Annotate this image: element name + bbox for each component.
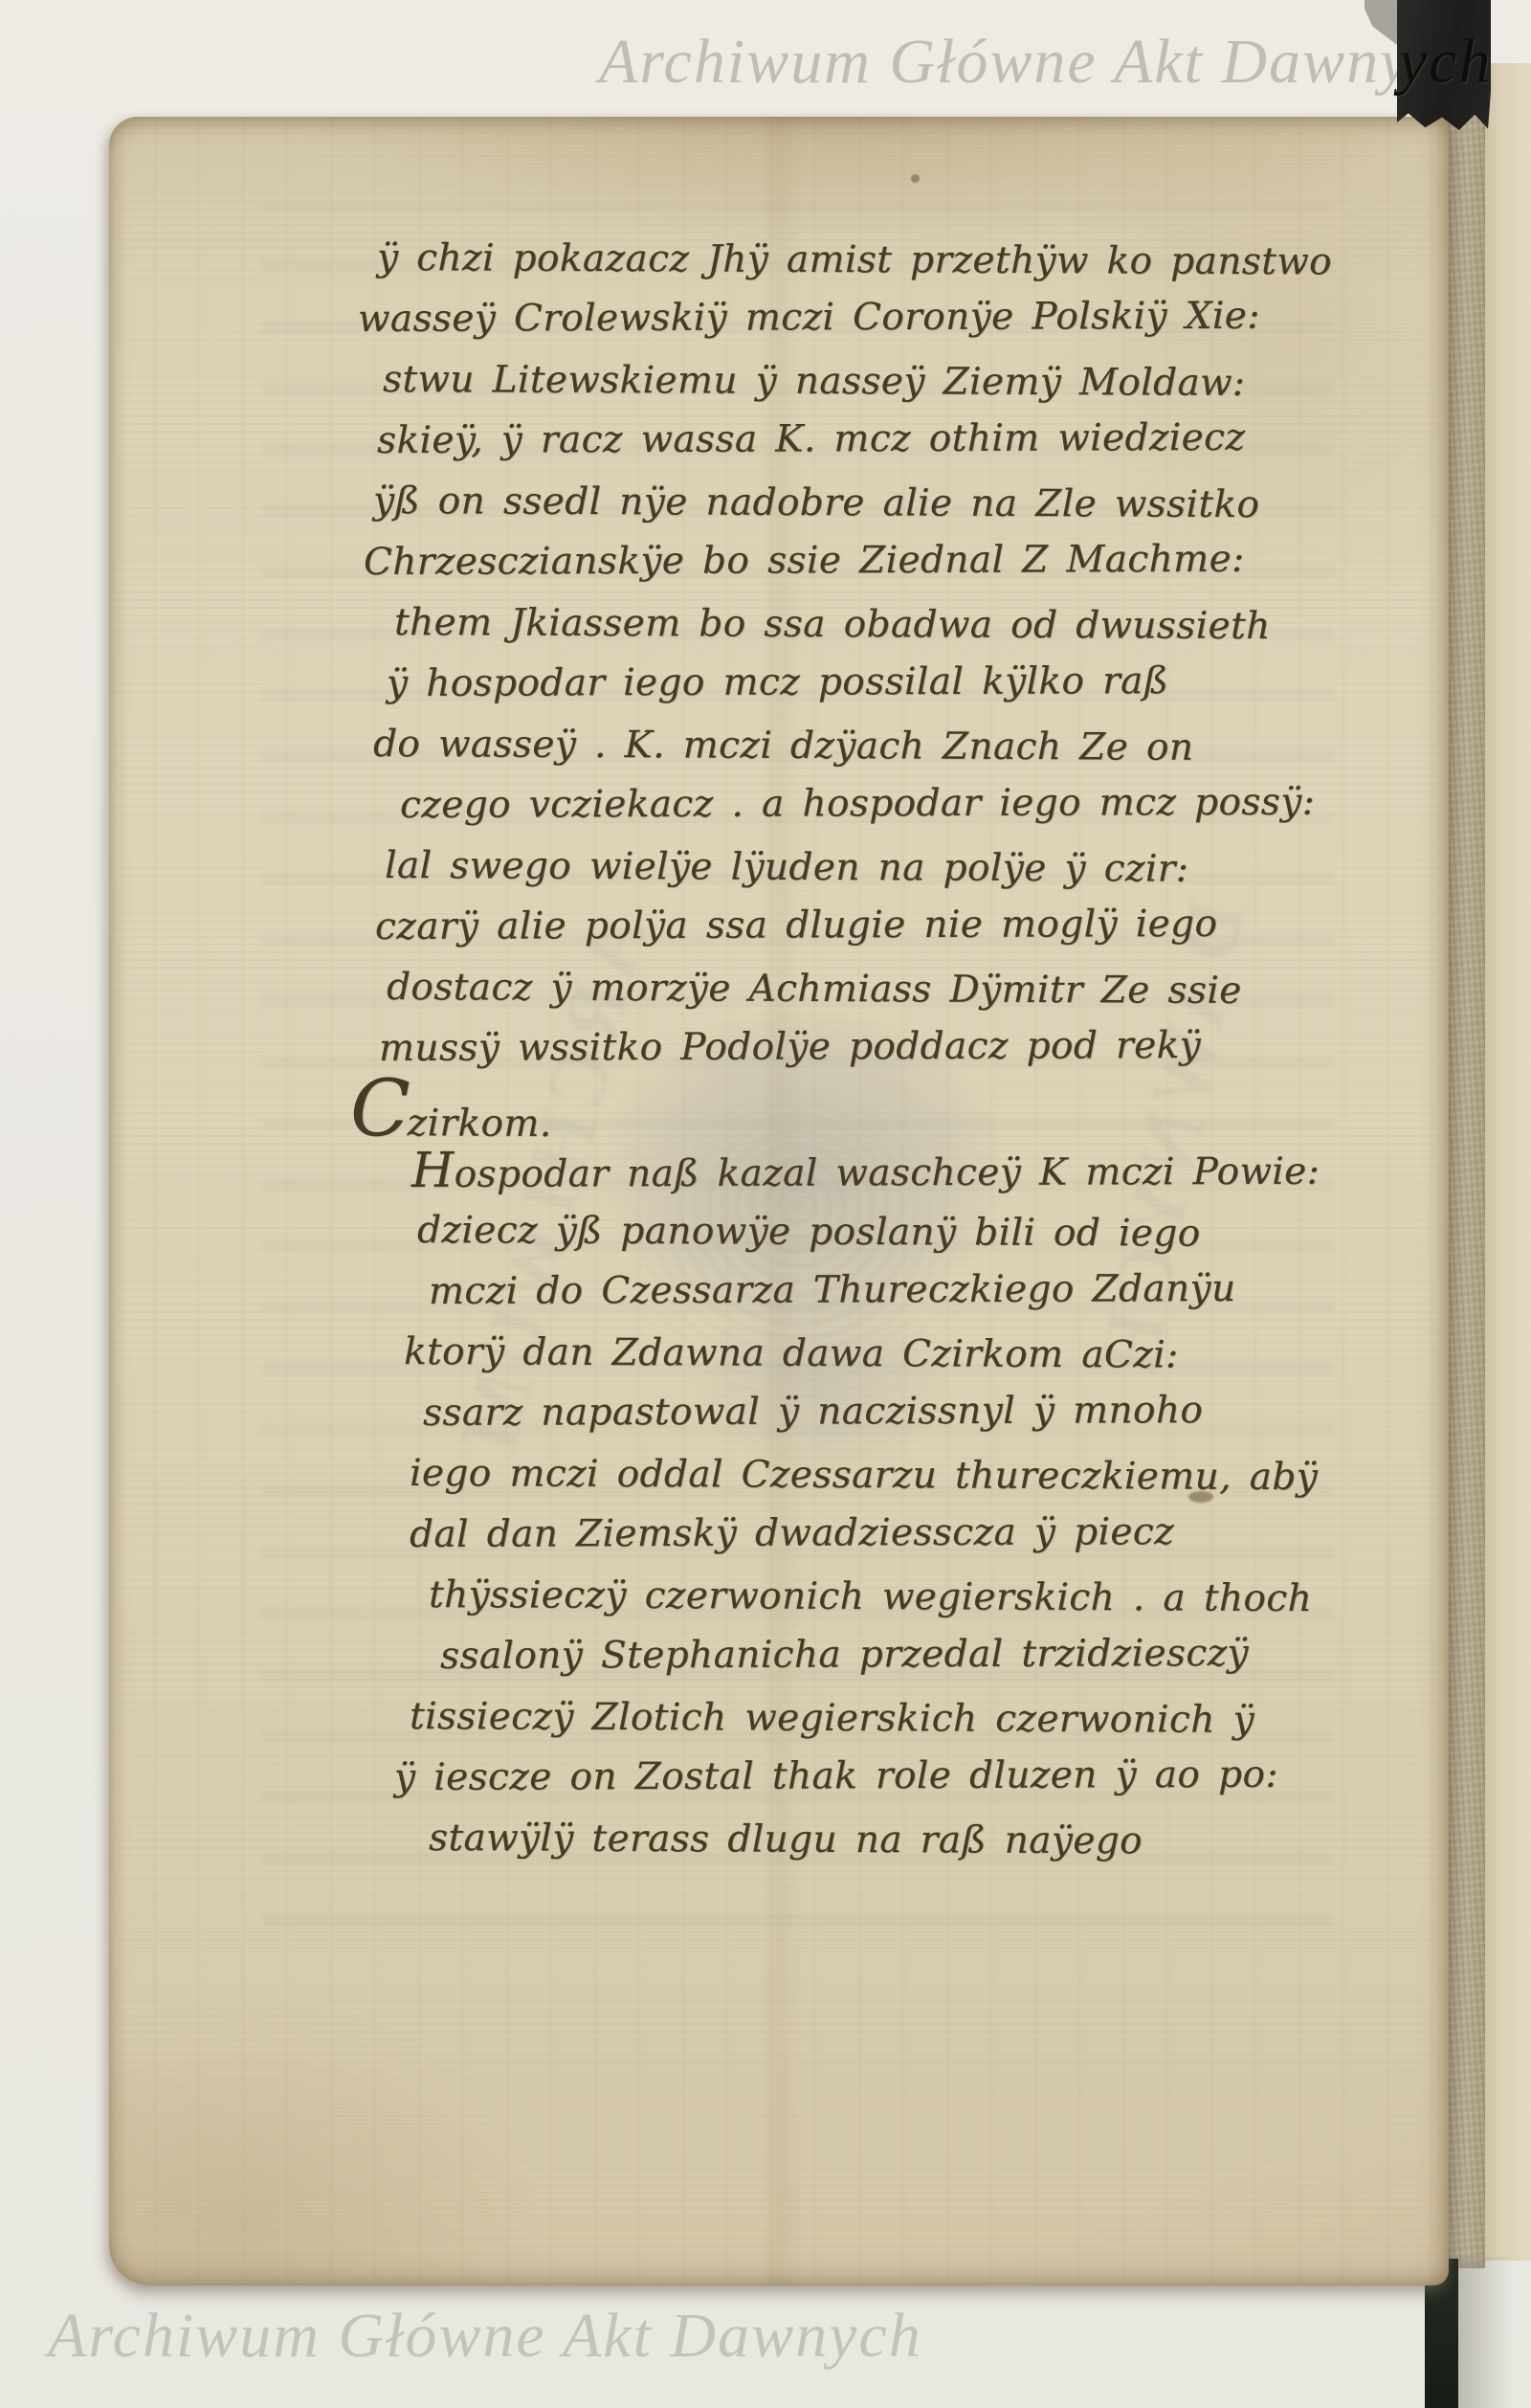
manuscript-line: dziecz ÿß panowÿe poslanÿ bili od iego xyxy=(417,1200,1361,1265)
manuscript-line: ÿ chzi pokazacz Jhÿ amist przethÿw ko pa… xyxy=(377,228,1361,293)
manuscript-line: ÿ iescze on Zostal thak role dluzen ÿ ao… xyxy=(394,1744,1361,1808)
manuscript-line: tissieczÿ Zlotich wegierskich czerwonich… xyxy=(410,1686,1361,1751)
manuscript-line: dal dan Ziemskÿ dwadziesscza ÿ piecz xyxy=(410,1501,1361,1565)
manuscript-line: wasseÿ Crolewskiÿ mczi Coronÿe Polskiÿ X… xyxy=(358,285,1361,349)
archive-watermark-bottom: Archiwum Główne Akt Dawnych xyxy=(48,2305,922,2368)
book-gutter-edge xyxy=(1443,105,1485,2268)
manuscript-line-paragraph-end: Czirkom. xyxy=(350,1079,1361,1144)
manuscript-line: dostacz ÿ morzÿe Achmiass Dÿmitr Ze ssie xyxy=(387,957,1361,1022)
handwritten-text-block: ÿ chzi pokazacz Jhÿ amist przethÿw ko pa… xyxy=(366,228,1361,1869)
manuscript-line: ktorÿ dan Zdawna dawa Czirkom aCzi: xyxy=(404,1322,1361,1387)
archive-watermark-top: Archiwum Główne Akt Dawnych xyxy=(599,31,1474,94)
manuscript-line: ÿß on ssedl nÿe nadobre alie na Zle wssi… xyxy=(373,471,1361,536)
manuscript-line: do wasseÿ . K. mczi dzÿach Znach Ze on xyxy=(373,714,1361,779)
manuscript-line: iego mczi oddal Czessarzu thureczkiemu, … xyxy=(410,1443,1361,1508)
manuscript-line: thÿssieczÿ czerwonich wegierskich . a th… xyxy=(429,1565,1361,1630)
archive-scan: ARCHIWUM DAWNYCH ÿ chzi pokazacz Jhÿ ami… xyxy=(0,0,1531,2408)
manuscript-line: skieÿ, ÿ racz wassa K. mcz othim wiedzie… xyxy=(377,407,1361,471)
manuscript-line: czarÿ alie polÿa ssa dlugie nie moglÿ ie… xyxy=(375,893,1361,957)
manuscript-line: mczi do Czessarza Thureczkiego Zdanÿu xyxy=(429,1258,1361,1322)
manuscript-line: ssalonÿ Stephanicha przedal trzidziesczÿ xyxy=(440,1622,1361,1686)
manuscript-line: czego vcziekacz . a hospodar iego mcz po… xyxy=(400,771,1361,836)
manuscript-line: lal swego wielÿe lÿuden na polÿe ÿ czir: xyxy=(385,836,1361,901)
manuscript-page: ARCHIWUM DAWNYCH ÿ chzi pokazacz Jhÿ ami… xyxy=(109,117,1449,2285)
manuscript-line-paragraph-start: Hospodar naß kazal waschceÿ K mczi Powie… xyxy=(411,1136,1361,1200)
watermark-on-ribbon: ych xyxy=(1399,31,1493,94)
paper-fleck xyxy=(911,174,920,183)
manuscript-line: ÿ hospodar iego mcz possilal kÿlko raß xyxy=(387,650,1361,714)
manuscript-line: ssarz napastowal ÿ naczissnyl ÿ mnoho xyxy=(423,1379,1361,1443)
manuscript-line: stwu Litewskiemu ÿ nasseÿ Ziemÿ Moldaw: xyxy=(383,349,1361,414)
manuscript-line: mussÿ wssitko Podolÿe poddacz pod rekÿ xyxy=(379,1014,1361,1079)
binding-shadow xyxy=(1456,2257,1531,2408)
manuscript-line: them Jkiassem bo ssa obadwa od dwussieth xyxy=(394,592,1361,658)
manuscript-line: Chrzesczianskÿe bo ssie Ziednal Z Machme… xyxy=(364,528,1361,592)
manuscript-line: stawÿlÿ terass dlugu na raß naÿego xyxy=(429,1808,1361,1873)
facing-page-edge xyxy=(1477,63,1531,2261)
